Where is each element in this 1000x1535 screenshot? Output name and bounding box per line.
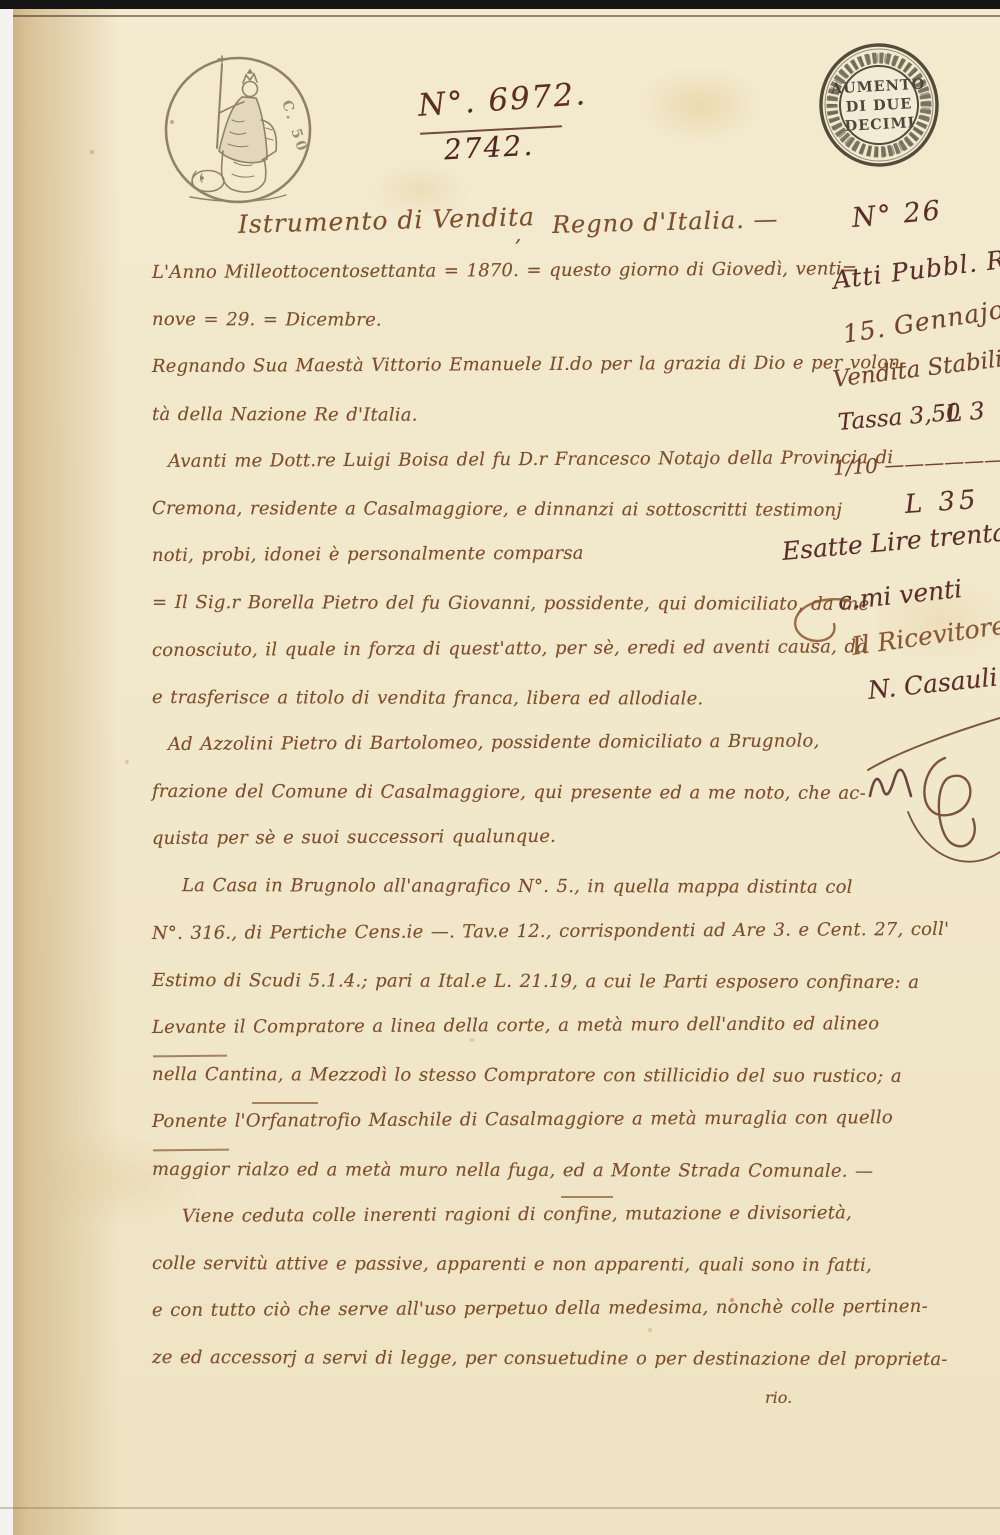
manuscript-line: L'Anno Milleottocentosettanta = 1870. = … (152, 258, 842, 309)
kingdom-heading: Regno d'Italia. — (552, 205, 779, 239)
page-bottom-edge (0, 1507, 1000, 1509)
margin-note-subject: Vendita Stabili p. S (831, 340, 1000, 393)
manuscript-line: frazione del Comune di Casalmaggiore, qu… (152, 781, 842, 830)
margin-note-repertorio-number: N° 26 (851, 195, 943, 234)
pen-flourish (782, 592, 852, 652)
manuscript-line: Viene ceduta colle inerenti ragioni di c… (152, 1202, 842, 1253)
manuscript-line: Cremona, residente a Casalmaggiore, e di… (152, 498, 842, 547)
manuscript-line: N°. 316., di Pertiche Cens.ie —. Tav.e 1… (152, 919, 842, 970)
margin-note-receiver-title: Il Ricevitore (850, 611, 1000, 661)
margin-note-total-lire: L 35 (904, 485, 981, 520)
scan-left-margin (0, 9, 13, 1535)
scanned-deed-page: C. 50 AUMENTO DI DUE DECIMI N°. 6972. 27… (0, 0, 1000, 1535)
manuscript-line: Estimo di Scudi 5.1.4.; pari a Ital.e L.… (152, 970, 842, 1019)
manuscript-line: La Casa in Brugnolo all'anagrafico N°. 5… (152, 875, 842, 924)
manuscript-line: Levante il Compratore a linea della cort… (152, 1013, 842, 1064)
manuscript-line: Avanti me Dott.re Luigi Boisa del fu D.r… (152, 447, 842, 498)
margin-note-registration-date: 15. Gennajo 187 (841, 285, 1000, 349)
manuscript-body: L'Anno Milleottocentosettanta = 1870. = … (152, 262, 842, 1395)
aumento-due-decimi-stamp: AUMENTO DI DUE DECIMI (806, 30, 952, 180)
margin-note-centesimi: c.mi venti (836, 574, 963, 616)
document-number-secondary: 2742. (443, 129, 535, 167)
margin-note-tax: Tassa 3,50 (837, 399, 962, 436)
manuscript-line: tà della Nazione Re d'Italia. (152, 404, 842, 453)
manuscript-line: e trasferisce a titolo di vendita franca… (152, 687, 842, 736)
manuscript-line: maggior rialzo ed a metà muro nella fuga… (152, 1159, 842, 1208)
manuscript-line: noti, probi, idonei è personalmente comp… (152, 542, 842, 593)
manuscript-line: quista per sè e suoi successori qualunqu… (152, 825, 842, 876)
scan-top-black-strip (0, 0, 1000, 9)
manuscript-line: colle servitù attive e passive, apparent… (152, 1253, 842, 1302)
manuscript-line: Ponente l'Orfanatrofio Maschile di Casal… (152, 1108, 842, 1159)
stamp-text-line2: DI DUE (845, 95, 912, 115)
manuscript-line: = Il Sig.r Borella Pietro del fu Giovann… (152, 592, 842, 641)
underline-mark (561, 1196, 613, 1198)
margin-note-registry: Atti Pubbl. Reg. D (831, 236, 1000, 295)
revenue-stamp-c50: C. 50 (160, 50, 318, 212)
manuscript-line: Regnando Sua Maestà Vittorio Emanuele II… (152, 353, 842, 404)
underline-mark (252, 1102, 318, 1104)
manuscript-line: Ad Azzolini Pietro di Bartolomeo, possid… (152, 730, 842, 781)
document-number: N°. 6972. (417, 76, 588, 124)
manuscript-line: ze ed accessorj a servi di legge, per co… (152, 1347, 842, 1396)
manuscript-line: conosciuto, il quale in forza di quest'a… (152, 636, 842, 687)
catchword: rio. (765, 1388, 792, 1407)
manuscript-line: nove = 29. = Dicembre. (152, 309, 842, 358)
page-top-edge-shadow (0, 15, 1000, 17)
margin-note-amount-lire: L 3 (945, 397, 986, 428)
manuscript-line: e con tutto ciò che serve all'uso perpet… (152, 1297, 842, 1348)
signature-flourish (848, 700, 1000, 882)
italia-figure (190, 56, 286, 201)
title-separator: , (515, 222, 521, 246)
manuscript-line: nella Cantina, a Mezzodì lo stesso Compr… (152, 1064, 842, 1113)
receiver-signature: N. Casauli (866, 662, 998, 704)
